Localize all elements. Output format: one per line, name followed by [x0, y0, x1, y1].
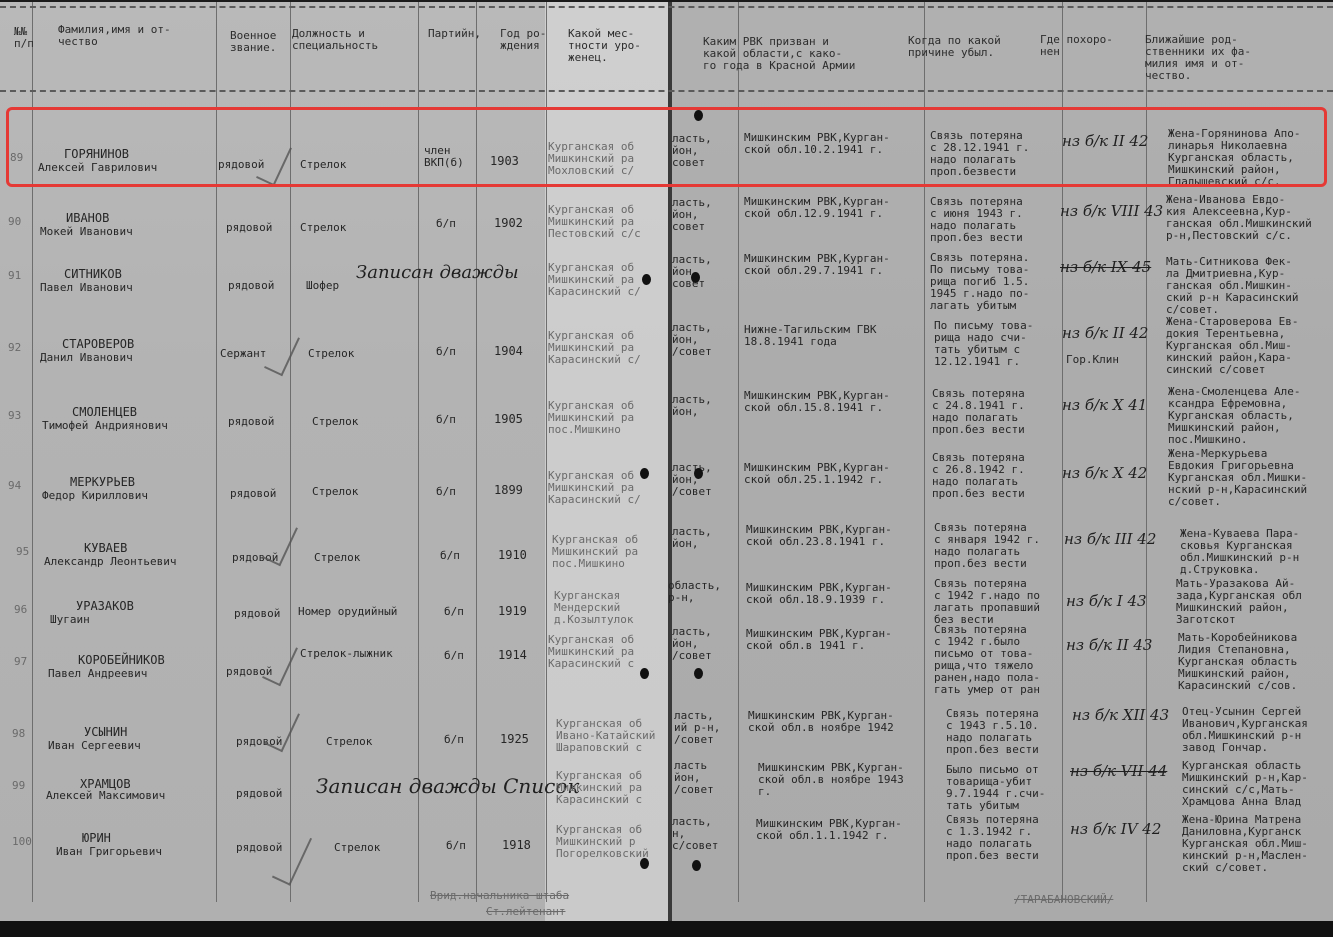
birthplace: Курганская об Ивано-Катайский Шараповски… [556, 718, 655, 754]
party: б/п [436, 486, 456, 498]
handwritten-annotation: нз б/к XII 43 [1072, 706, 1169, 724]
birthplace: Курганская об Мишкинский ра Карасинский … [548, 470, 641, 506]
surname: КУВАЕВ [84, 542, 127, 554]
birthplace-continued: ласть, йон, /совет [672, 322, 712, 358]
drafted-info: Мишкинским РВК,Курган- ской обл.12.9.194… [744, 196, 890, 220]
birthplace: Курганская об Мишкинский ра Карасинский … [548, 634, 634, 670]
relatives: Отец-Усынин Сергей Иванович,Курганская о… [1182, 706, 1308, 754]
birthplace: Курганская об Мишкинский ра Карасинский … [556, 770, 642, 806]
when-cause: Связь потеряна с июня 1943 г. надо полаг… [930, 196, 1023, 244]
handwritten-annotation: нз б/к IV 42 [1070, 820, 1161, 838]
rank: рядовой [236, 788, 282, 800]
position: Стрелок [312, 416, 358, 428]
birth-year: 1904 [494, 345, 523, 357]
drafted-info: Мишкинским РВК,Курган- ской обл.в ноябре… [758, 762, 904, 798]
punch-hole [640, 668, 649, 679]
checkmark-icon [262, 520, 298, 567]
punch-hole [640, 858, 649, 869]
surname: СИТНИКОВ [64, 268, 122, 280]
signature-title: Врид.начальника штаба [430, 890, 569, 902]
header-when-cause: Когда по какой причине убыл. [908, 35, 1028, 59]
drafted-info: Мишкинским РВК,Курган- ской обл.15.8.194… [744, 390, 890, 414]
when-cause: Связь потеряна. По письму това- рища пог… [930, 252, 1029, 312]
when-cause: Связь потеряна с 1943 г.5.10. надо полаг… [946, 708, 1039, 756]
birthplace-continued: ласть, йон, /совет [672, 626, 712, 662]
row-number: 90 [8, 216, 21, 228]
given-names: Павел Иванович [40, 282, 133, 294]
drafted-info: Мишкинским РВК,Курган- ской обл.18.9.193… [746, 582, 892, 606]
rank: рядовой [228, 416, 274, 428]
relatives: Мать-Коробейникова Лидия Степановна, Кур… [1178, 632, 1297, 692]
birthplace-continued: ласть, н, с/совет [672, 816, 718, 852]
row-number: 94 [8, 480, 21, 492]
birthplace-continued: ласть, йон, совет [672, 254, 712, 290]
header-top-rule [0, 6, 1333, 8]
rank: рядовой [226, 222, 272, 234]
party: б/п [436, 414, 456, 426]
birthplace-continued: ласть, йон, /совет [672, 462, 712, 498]
when-cause: Связь потеряна с 1942 г.было письмо от т… [934, 624, 1040, 696]
relatives: Мать-Уразакова Ай- зада,Курганская обл М… [1176, 578, 1302, 626]
birthplace-continued: ласть йон, /совет [674, 760, 714, 796]
when-cause: По письму това- рища надо счи- тать убит… [934, 320, 1033, 368]
checkmark-icon [264, 330, 300, 377]
party: б/п [436, 218, 456, 230]
drafted-info: Мишкинским РВК,Курган- ской обл.1.1.1942… [756, 818, 902, 842]
surname: ИВАНОВ [66, 212, 109, 224]
header-birthplace: Какой мес- тности уро- женец. [568, 28, 668, 64]
position: Стрелок [308, 348, 354, 360]
burial-place: Гор.Клин [1066, 354, 1119, 366]
birthplace-continued: ласть, йон, [672, 526, 712, 550]
birth-year: 1910 [498, 549, 527, 561]
given-names: Иван Сергеевич [48, 740, 141, 752]
punch-hole [694, 468, 703, 479]
birthplace: Курганская об Мишкинский ра Карасинский … [548, 330, 641, 366]
relatives: Жена-Смоленцева Але- ксандра Ефремовна, … [1168, 386, 1300, 446]
handwritten-annotation: нз б/к X 42 [1062, 464, 1147, 482]
handwritten-annotation-struck: нз б/к IX 45 [1060, 258, 1151, 276]
row-number: 91 [8, 270, 21, 282]
position: Номер орудийный [298, 606, 397, 618]
given-names: Федор Кириллович [42, 490, 148, 502]
checkmark-icon [264, 706, 300, 753]
row-number: 100 [12, 836, 32, 848]
header-drafted: Каким РВК призван и какой области,с како… [703, 36, 903, 72]
row-number: 96 [14, 604, 27, 616]
header-party: Партийн, [428, 28, 478, 40]
drafted-info: Нижне-Тагильским ГВК 18.8.1941 года [744, 324, 876, 348]
header-relatives: Ближайшие род- ственники их фа- милия им… [1145, 34, 1285, 82]
header-rank: Военное звание. [230, 30, 290, 54]
party: б/п [440, 550, 460, 562]
relatives: Курганская область Мишкинский р-н,Кар- с… [1182, 760, 1308, 808]
scan-border [0, 921, 1333, 937]
party: б/п [444, 734, 464, 746]
position: Стрелок [312, 486, 358, 498]
rank: рядовой [234, 608, 280, 620]
handwritten-annotation: нз б/к VIII 43 [1060, 202, 1163, 220]
position: Стрелок [326, 736, 372, 748]
when-cause: Связь потеряна с 26.8.1942 г. надо полаг… [932, 452, 1025, 500]
birthplace-continued: ласть, йон, совет [672, 197, 712, 233]
birthplace-continued: область, р-н, [668, 580, 721, 604]
rank: рядовой [236, 842, 282, 854]
birth-year: 1902 [494, 217, 523, 229]
punch-hole [694, 668, 703, 679]
when-cause: Было письмо от товарища-убит 9.7.1944 г.… [946, 764, 1045, 812]
signature-name: /ТАРАБАНОВСКИЙ/ [1014, 894, 1113, 906]
relatives: Мать-Ситникова Фек- ла Дмитриевна,Кур- г… [1166, 256, 1298, 316]
birth-year: 1914 [498, 649, 527, 661]
rank: рядовой [228, 280, 274, 292]
birthplace: Курганская об Мишкинский ра пос.Мишкино [548, 400, 634, 436]
birthplace: Курганская об Мишкинский ра Пестовский с… [548, 204, 641, 240]
birth-year: 1919 [498, 605, 527, 617]
relatives: Жена-Юрина Матрена Даниловна,Курганск Ку… [1182, 814, 1308, 874]
punch-hole [692, 860, 701, 871]
row-number: 95 [16, 546, 29, 558]
surname: ЮРИН [82, 832, 111, 844]
birthplace: Курганская Мендерский д.Козылтулок [554, 590, 633, 626]
given-names: Мокей Иванович [40, 226, 133, 238]
party: б/п [436, 346, 456, 358]
drafted-info: Мишкинским РВК,Курган- ской обл.23.8.194… [746, 524, 892, 548]
when-cause: Связь потеряна с 1942 г.надо по лагать п… [934, 578, 1040, 626]
rank: рядовой [230, 488, 276, 500]
header-buried: Где похоро- нен [1040, 34, 1130, 58]
drafted-info: Мишкинским РВК,Курган- ской обл.29.7.194… [744, 253, 890, 277]
when-cause: Связь потеряна с января 1942 г. надо пол… [934, 522, 1040, 570]
handwritten-annotation: нз б/к II 42 [1062, 324, 1148, 342]
handwritten-note: Записан дважды [356, 262, 519, 283]
header-num: №№ п/п [14, 26, 34, 50]
given-names: Иван Григорьевич [56, 846, 162, 858]
handwritten-note: Записан дважды Список [316, 774, 579, 798]
given-names: Тимофей Андриянович [42, 420, 168, 432]
when-cause: Связь потеряна с 1.3.1942 г. надо полага… [946, 814, 1039, 862]
checkmark-icon [272, 830, 312, 886]
punch-hole [640, 468, 649, 479]
relatives: Жена-Иванова Евдо- кия Алексеевна,Кур- г… [1166, 194, 1312, 242]
given-names: Данил Иванович [40, 352, 133, 364]
position: Стрелок [300, 222, 346, 234]
relatives: Жена-Староверова Ев- докия Терентьевна, … [1166, 316, 1298, 376]
birthplace: Курганская об Мишкинский ра пос.Мишкино [552, 534, 638, 570]
surname: КОРОБЕЙНИКОВ [78, 654, 165, 666]
position: Стрелок [314, 552, 360, 564]
highlighted-row-89 [6, 107, 1327, 187]
position: Шофер [306, 280, 339, 292]
handwritten-annotation: нз б/к II 43 [1066, 636, 1152, 654]
header-name: Фамилия,имя и от- чество [58, 24, 208, 48]
surname: УСЫНИН [84, 726, 127, 738]
when-cause: Связь потеряна с 24.8.1941 г. надо полаг… [932, 388, 1025, 436]
drafted-info: Мишкинским РВК,Курган- ской обл.в 1941 г… [746, 628, 892, 652]
given-names: Шугаин [50, 614, 90, 626]
position: Стрелок [334, 842, 380, 854]
rank: Сержант [220, 348, 266, 360]
surname: СМОЛЕНЦЕВ [72, 406, 137, 418]
given-names: Алексей Максимович [46, 790, 165, 802]
row-number: 97 [14, 656, 27, 668]
relatives: Жена-Меркурьева Евдокия Григорьевна Кург… [1168, 448, 1307, 508]
handwritten-annotation: нз б/к I 43 [1066, 592, 1147, 610]
punch-hole [642, 274, 651, 285]
drafted-info: Мишкинским РВК,Курган- ской обл.в ноябре… [748, 710, 894, 734]
row-number: 98 [12, 728, 25, 740]
birthplace-continued: ласть, ий р-н, /совет [674, 710, 720, 746]
checkmark-icon [262, 640, 298, 687]
handwritten-annotation: нз б/к III 42 [1064, 530, 1156, 548]
birth-year: 1905 [494, 413, 523, 425]
surname: СТАРОВЕРОВ [62, 338, 134, 350]
birthplace: Курганская об Мишкинский р Погорелковски… [556, 824, 649, 860]
given-names: Александр Леонтьевич [44, 556, 176, 568]
given-names: Павел Андреевич [48, 668, 147, 680]
party: б/п [444, 650, 464, 662]
row-number: 99 [12, 780, 25, 792]
surname: УРАЗАКОВ [76, 600, 134, 612]
birthplace: Курганская об Мишкинский ра Карасинский … [548, 262, 641, 298]
row-number: 92 [8, 342, 21, 354]
row-number: 93 [8, 410, 21, 422]
party: б/п [444, 606, 464, 618]
header-bottom-rule [0, 90, 1333, 92]
birth-year: 1899 [494, 484, 523, 496]
header-position: Должность и специальность [292, 28, 418, 52]
birth-year: 1918 [502, 839, 531, 851]
handwritten-annotation-struck: нз б/к VII 44 [1070, 762, 1167, 780]
relatives: Жена-Куваева Пара- сковья Курганская обл… [1180, 528, 1299, 576]
header-birth-year: Год ро- ждения [500, 28, 550, 52]
drafted-info: Мишкинским РВК,Курган- ской обл.25.1.194… [744, 462, 890, 486]
handwritten-annotation: нз б/к X 41 [1062, 396, 1147, 414]
position: Стрелок-лыжник [300, 648, 393, 660]
birthplace-continued: ласть, йон, [672, 394, 712, 418]
surname: МЕРКУРЬЕВ [70, 476, 135, 488]
birth-year: 1925 [500, 733, 529, 745]
signature-rank: Ст.лейтенант [486, 906, 565, 918]
party: б/п [446, 840, 466, 852]
punch-hole [691, 272, 700, 283]
